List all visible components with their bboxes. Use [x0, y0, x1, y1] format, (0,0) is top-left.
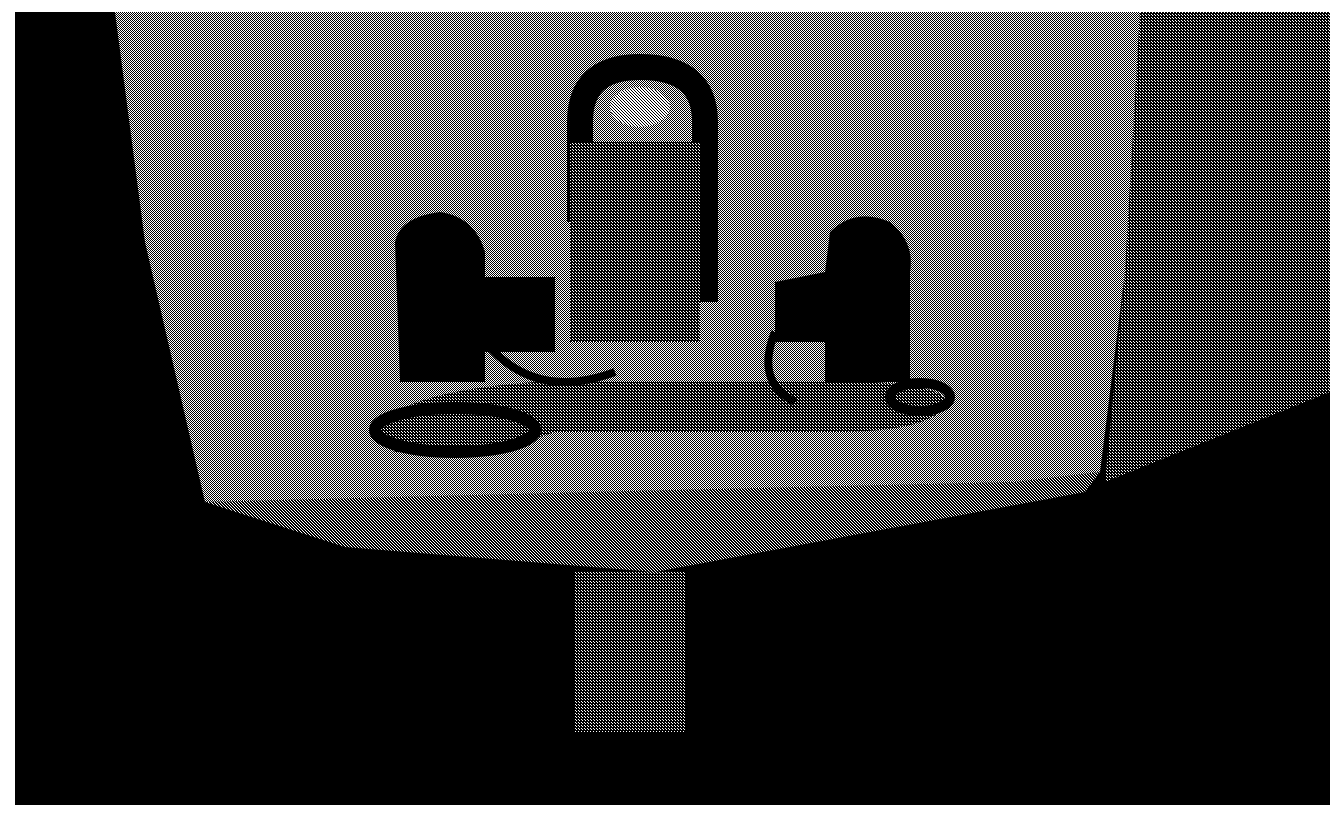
- right-wall: [1105, 12, 1330, 482]
- pedestal: [575, 572, 685, 732]
- spout-highlight: [610, 87, 670, 127]
- sink-illustration: [15, 12, 1330, 805]
- faucet-body: [570, 142, 700, 342]
- photo-sink-faucet: [15, 12, 1330, 805]
